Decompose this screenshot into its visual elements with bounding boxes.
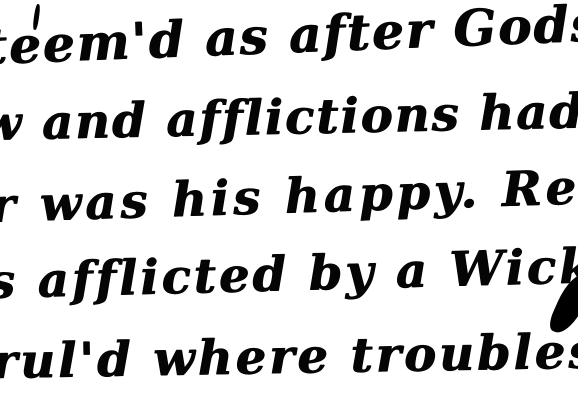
manuscript-line: r was his happy. Reign bbox=[0, 160, 578, 230]
manuscript-line: w and afflictions had hi bbox=[0, 86, 578, 148]
manuscript-line: s afflicted by a Wicked bbox=[0, 240, 578, 306]
manuscript-line: teem'd as after Gods own bbox=[0, 0, 578, 72]
manuscript-page: teem'd as after Gods own w and afflictio… bbox=[0, 0, 578, 404]
manuscript-line: rul'd where troubles de bbox=[0, 326, 578, 386]
